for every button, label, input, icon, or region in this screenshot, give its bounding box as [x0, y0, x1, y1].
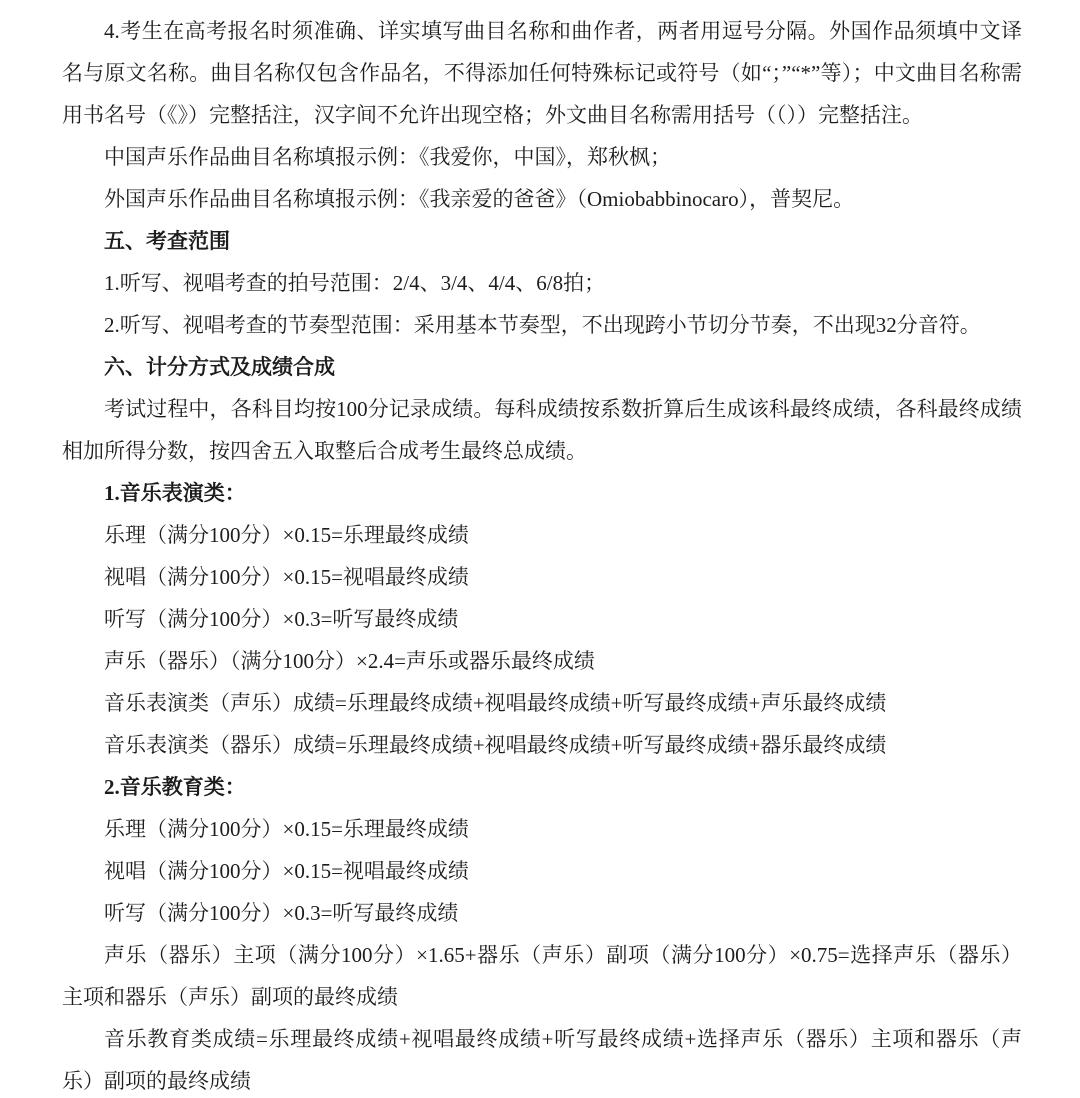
paragraph-rhythm-pattern-range: 2.听写、视唱考查的节奏型范围：采用基本节奏型，不出现跨小节切分节奏，不出现32… [62, 304, 1022, 346]
formula-performance-vocal-total: 音乐表演类（声乐）成绩=乐理最终成绩+视唱最终成绩+听写最终成绩+声乐最终成绩 [62, 682, 1022, 724]
heading-section-six-scoring-method: 六、计分方式及成绩合成 [62, 346, 1022, 388]
formula-education-dictation: 听写（满分100分）×0.3=听写最终成绩 [62, 892, 1022, 934]
formula-education-sight-singing: 视唱（满分100分）×0.15=视唱最终成绩 [62, 850, 1022, 892]
paragraph-repertoire-filing-rules: 4.考生在高考报名时须准确、详实填写曲目名称和曲作者，两者用逗号分隔。外国作品须… [62, 10, 1022, 136]
heading-music-education-category: 2.音乐教育类： [62, 766, 1022, 808]
formula-education-total: 音乐教育类成绩=乐理最终成绩+视唱最终成绩+听写最终成绩+选择声乐（器乐）主项和… [62, 1018, 1022, 1098]
formula-performance-instrumental-total: 音乐表演类（器乐）成绩=乐理最终成绩+视唱最终成绩+听写最终成绩+器乐最终成绩 [62, 724, 1022, 766]
formula-performance-vocal-instrumental: 声乐（器乐）（满分100分）×2.4=声乐或器乐最终成绩 [62, 640, 1022, 682]
formula-performance-dictation: 听写（满分100分）×0.3=听写最终成绩 [62, 598, 1022, 640]
heading-section-five-exam-scope: 五、考查范围 [62, 220, 1022, 262]
paragraph-time-signature-range: 1.听写、视唱考查的拍号范围：2/4、3/4、4/4、6/8拍； [62, 262, 1022, 304]
formula-performance-music-theory: 乐理（满分100分）×0.15=乐理最终成绩 [62, 514, 1022, 556]
paragraph-foreign-vocal-example: 外国声乐作品曲目名称填报示例：《我亲爱的爸爸》（Omiobabbinocaro）… [62, 178, 1022, 220]
formula-education-music-theory: 乐理（满分100分）×0.15=乐理最终成绩 [62, 808, 1022, 850]
document-page: 4.考生在高考报名时须准确、详实填写曲目名称和曲作者，两者用逗号分隔。外国作品须… [0, 0, 1080, 1098]
formula-performance-sight-singing: 视唱（满分100分）×0.15=视唱最终成绩 [62, 556, 1022, 598]
paragraph-scoring-overview: 考试过程中，各科目均按100分记录成绩。每科成绩按系数折算后生成该科最终成绩，各… [62, 388, 1022, 472]
paragraph-chinese-vocal-example: 中国声乐作品曲目名称填报示例：《我爱你，中国》，郑秋枫； [62, 136, 1022, 178]
formula-education-major-minor-items: 声乐（器乐）主项（满分100分）×1.65+器乐（声乐）副项（满分100分）×0… [62, 934, 1022, 1018]
heading-music-performance-category: 1.音乐表演类： [62, 472, 1022, 514]
